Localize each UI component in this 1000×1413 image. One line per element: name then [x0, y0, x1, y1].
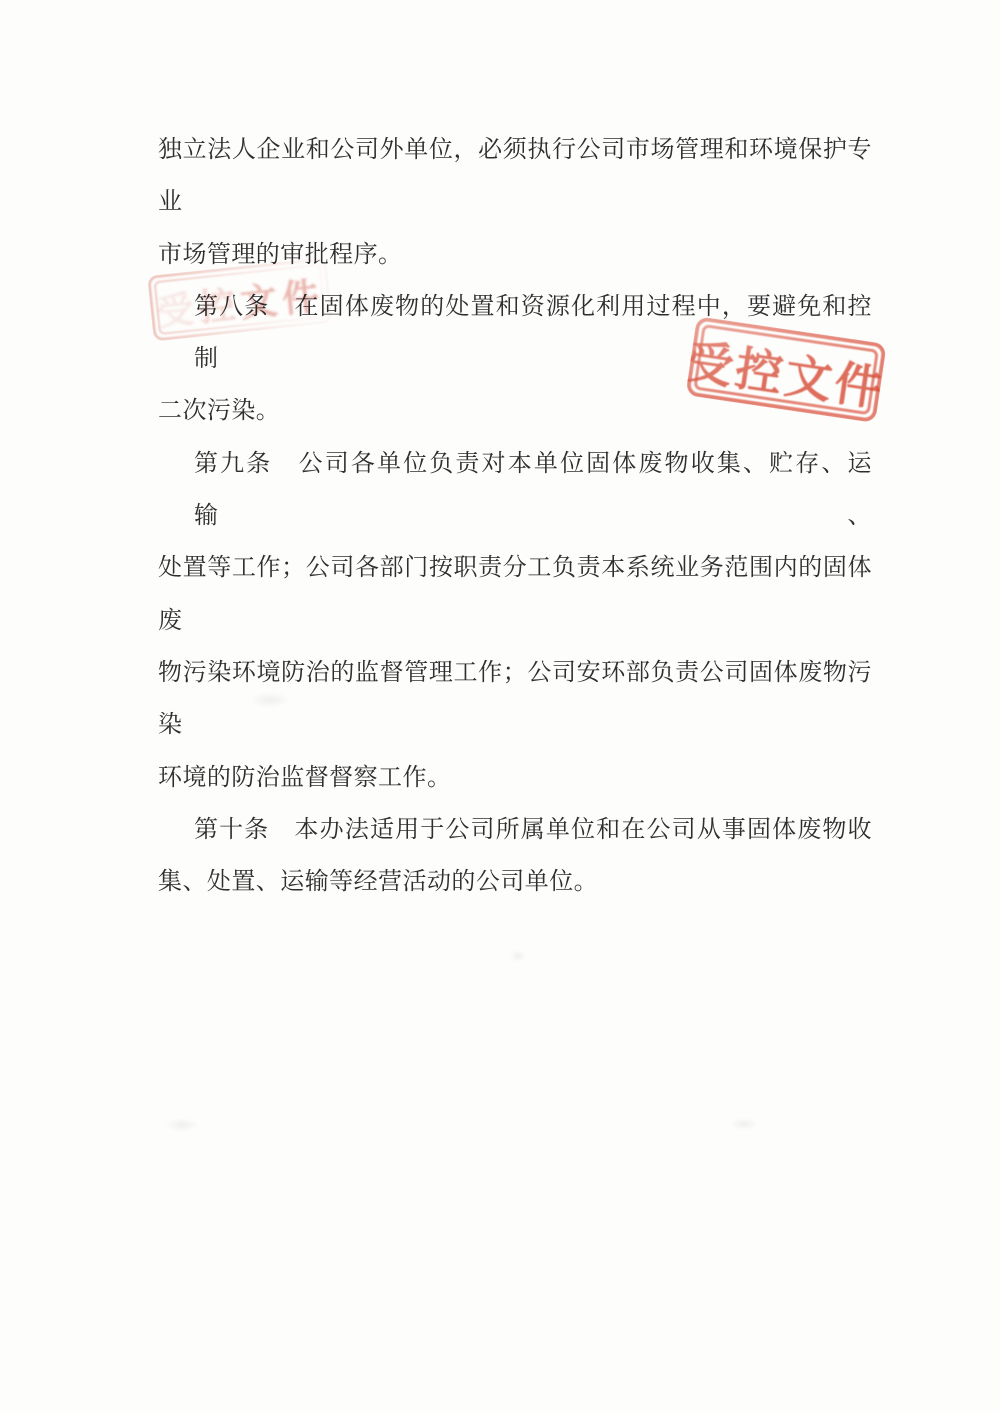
scan-smudge [730, 1118, 758, 1130]
text-line: 集、处置、运输等经营活动的公司单位。 [158, 856, 872, 908]
scan-smudge [510, 950, 526, 962]
text-line: 环境的防治监督督察工作。 [158, 752, 872, 804]
text-line: 二次污染。 [158, 385, 872, 437]
scan-smudge [250, 692, 290, 708]
text-line-article-10: 第十条 本办法适用于公司所属单位和在公司从事固体废物收 [194, 804, 872, 856]
text-line: 独立法人企业和公司外单位，必须执行公司市场管理和环境保护专业 [158, 124, 872, 229]
document-page: 独立法人企业和公司外单位，必须执行公司市场管理和环境保护专业 市场管理的审批程序… [0, 0, 1000, 1413]
text-line: 处置等工作；公司各部门按职责分工负责本系统业务范围内的固体废 [158, 542, 872, 647]
document-body-text: 独立法人企业和公司外单位，必须执行公司市场管理和环境保护专业 市场管理的审批程序… [158, 124, 872, 908]
text-line-article-8: 第八条 在固体废物的处置和资源化利用过程中，要避免和控制 [194, 281, 872, 386]
text-line: 市场管理的审批程序。 [158, 229, 872, 281]
text-line-article-9: 第九条 公司各单位负责对本单位固体废物收集、贮存、运输、 [194, 438, 872, 543]
scan-smudge [165, 1118, 199, 1132]
